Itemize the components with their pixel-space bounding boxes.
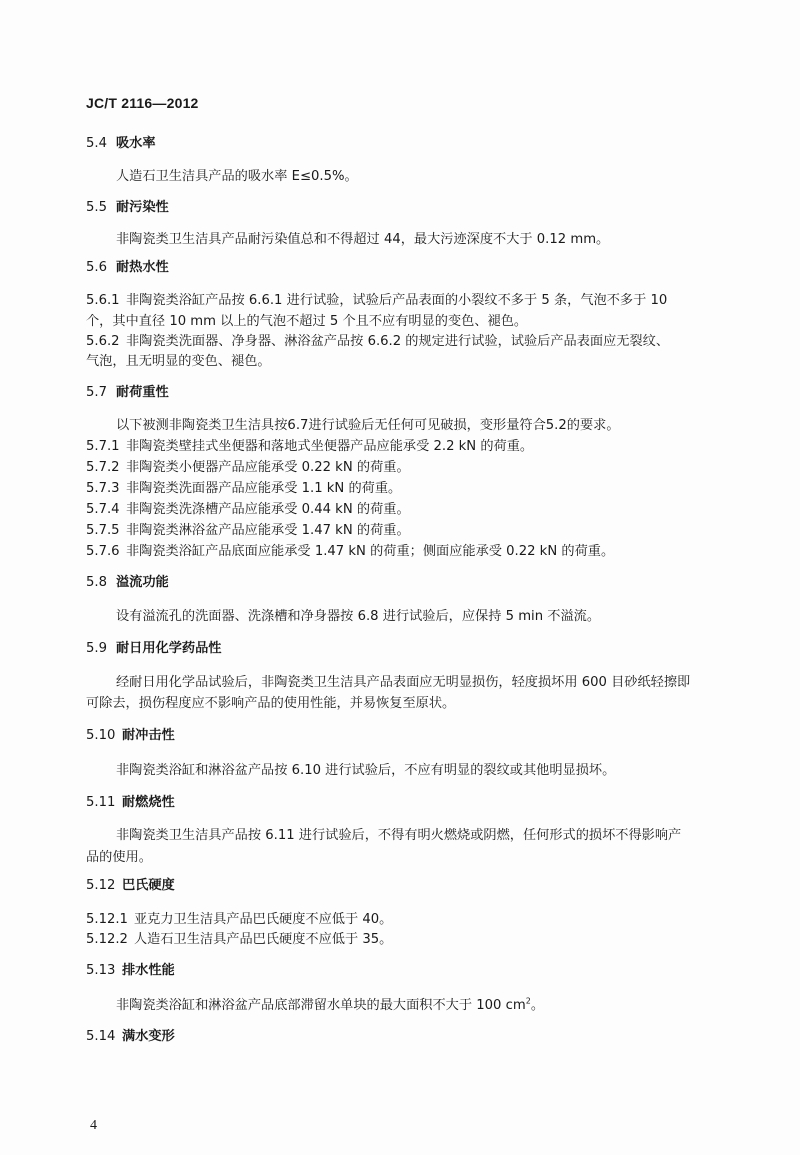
section-heading-5-5: 5.5耐污染性 <box>86 201 169 214</box>
section-number: 5.8 <box>86 576 116 589</box>
clause-number: 5.7.1 <box>86 440 126 453</box>
document-code: JC/T 2116—2012 <box>86 95 199 111</box>
section-heading-5-4: 5.4吸水率 <box>86 137 156 150</box>
section-number: 5.11 <box>86 796 122 809</box>
section-title: 耐冲击性 <box>122 728 175 743</box>
clause-continuation: 个，其中直径 10 mm 以上的气泡不超过 5 个且不应有明显的变色、褪色。 <box>86 315 527 328</box>
clause-5-7-1: 5.7.1非陶瓷类壁挂式坐便器和落地式坐便器产品应能承受 2.2 kN 的荷重。 <box>86 440 533 453</box>
section-number: 5.14 <box>86 1030 122 1043</box>
clause-5-6-1: 5.6.1非陶瓷类浴缸产品按 6.6.1 进行试验，试验后产品表面的小裂纹不多于… <box>86 294 667 307</box>
section-heading-5-8: 5.8溢流功能 <box>86 576 169 589</box>
paragraph: 非陶瓷类卫生洁具产品耐污染值总和不得超过 44，最大污迹深度不大于 0.12 m… <box>116 233 609 246</box>
clause-text: 非陶瓷类洗面器产品应能承受 1.1 kN 的荷重。 <box>126 481 401 496</box>
section-heading-5-13: 5.13排水性能 <box>86 964 175 977</box>
clause-5-12-1: 5.12.1亚克力卫生洁具产品巴氏硬度不应低于 40。 <box>86 913 392 926</box>
section-title: 满水变形 <box>122 1029 175 1044</box>
clause-text: 非陶瓷类浴缸产品底面应能承受 1.47 kN 的荷重；侧面应能承受 0.22 k… <box>126 544 614 559</box>
clause-5-7-2: 5.7.2非陶瓷类小便器产品应能承受 0.22 kN 的荷重。 <box>86 461 410 474</box>
clause-text: 非陶瓷类壁挂式坐便器和落地式坐便器产品应能承受 2.2 kN 的荷重。 <box>126 439 533 454</box>
clause-number: 5.12.1 <box>86 913 134 926</box>
paragraph-continuation: 可除去，损伤程度应不影响产品的使用性能，并易恢复至原状。 <box>86 697 455 710</box>
clause-5-7-3: 5.7.3非陶瓷类洗面器产品应能承受 1.1 kN 的荷重。 <box>86 482 401 495</box>
clause-number: 5.7.6 <box>86 545 126 558</box>
clause-5-6-2: 5.6.2非陶瓷类洗面器、净身器、淋浴盆产品按 6.6.2 的规定进行试验，试验… <box>86 335 669 348</box>
section-heading-5-6: 5.6耐热水性 <box>86 261 169 274</box>
section-number: 5.5 <box>86 201 116 214</box>
section-heading-5-14: 5.14满水变形 <box>86 1030 175 1043</box>
section-title: 耐热水性 <box>116 260 169 275</box>
paragraph: 人造石卫生洁具产品的吸水率 E≤0.5%。 <box>116 170 358 183</box>
section-title: 排水性能 <box>122 963 175 978</box>
clause-number: 5.7.2 <box>86 461 126 474</box>
clause-number: 5.7.5 <box>86 524 126 537</box>
paragraph: 经耐日用化学品试验后，非陶瓷类卫生洁具产品表面应无明显损伤，轻度损坏用 600 … <box>116 676 690 689</box>
page-number: 4 <box>90 1118 97 1134</box>
section-heading-5-9: 5.9耐日用化学药品性 <box>86 642 222 655</box>
paragraph: 非陶瓷类浴缸和淋浴盆产品按 6.10 进行试验后，不应有明显的裂纹或其他明显损坏… <box>116 764 615 777</box>
paragraph-continuation: 品的使用。 <box>86 851 152 864</box>
clause-5-12-2: 5.12.2人造石卫生洁具产品巴氏硬度不应低于 35。 <box>86 933 392 946</box>
paragraph: 非陶瓷类浴缸和淋浴盆产品底部滞留水单块的最大面积不大于 100 cm2。 <box>116 999 544 1012</box>
section-title: 溢流功能 <box>116 575 169 590</box>
paragraph-text: 非陶瓷类浴缸和淋浴盆产品底部滞留水单块的最大面积不大于 100 cm <box>116 998 526 1013</box>
clause-text: 人造石卫生洁具产品巴氏硬度不应低于 35。 <box>134 932 392 947</box>
clause-number: 5.6.1 <box>86 294 126 307</box>
clause-text: 非陶瓷类洗面器、净身器、淋浴盆产品按 6.6.2 的规定进行试验，试验后产品表面… <box>126 334 669 349</box>
section-number: 5.10 <box>86 729 122 742</box>
paragraph-end: 。 <box>531 998 544 1013</box>
section-title: 吸水率 <box>116 136 156 151</box>
section-number: 5.6 <box>86 261 116 274</box>
section-title: 巴氏硬度 <box>122 878 175 893</box>
clause-text: 非陶瓷类小便器产品应能承受 0.22 kN 的荷重。 <box>126 460 410 475</box>
section-title: 耐荷重性 <box>116 385 169 400</box>
clause-text: 亚克力卫生洁具产品巴氏硬度不应低于 40。 <box>134 912 392 927</box>
section-heading-5-12: 5.12巴氏硬度 <box>86 879 175 892</box>
clause-number: 5.12.2 <box>86 933 134 946</box>
clause-number: 5.6.2 <box>86 335 126 348</box>
section-number: 5.9 <box>86 642 116 655</box>
section-number: 5.12 <box>86 879 122 892</box>
section-number: 5.13 <box>86 964 122 977</box>
clause-text: 非陶瓷类洗涤槽产品应能承受 0.44 kN 的荷重。 <box>126 502 410 517</box>
clause-5-7-5: 5.7.5非陶瓷类淋浴盆产品应能承受 1.47 kN 的荷重。 <box>86 524 410 537</box>
paragraph: 以下被测非陶瓷类卫生洁具按6.7进行试验后无任何可见破损，变形量符合5.2的要求… <box>116 419 620 432</box>
paragraph: 非陶瓷类卫生洁具产品按 6.11 进行试验后，不得有明火燃烧或阴燃，任何形式的损… <box>116 829 681 842</box>
section-title: 耐污染性 <box>116 200 169 215</box>
document-page: JC/T 2116—2012 5.4吸水率 人造石卫生洁具产品的吸水率 E≤0.… <box>0 0 800 1155</box>
clause-5-7-6: 5.7.6非陶瓷类浴缸产品底面应能承受 1.47 kN 的荷重；侧面应能承受 0… <box>86 545 614 558</box>
clause-number: 5.7.4 <box>86 503 126 516</box>
section-title: 耐日用化学药品性 <box>116 641 222 656</box>
clause-number: 5.7.3 <box>86 482 126 495</box>
clause-text: 非陶瓷类淋浴盆产品应能承受 1.47 kN 的荷重。 <box>126 523 410 538</box>
section-heading-5-7: 5.7耐荷重性 <box>86 386 169 399</box>
section-heading-5-10: 5.10耐冲击性 <box>86 729 175 742</box>
clause-5-7-4: 5.7.4非陶瓷类洗涤槽产品应能承受 0.44 kN 的荷重。 <box>86 503 410 516</box>
clause-continuation: 气泡，且无明显的变色、褪色。 <box>86 355 271 368</box>
paragraph: 设有溢流孔的洗面器、洗涤槽和净身器按 6.8 进行试验后，应保持 5 min 不… <box>116 610 600 623</box>
section-title: 耐燃烧性 <box>122 795 175 810</box>
clause-text: 非陶瓷类浴缸产品按 6.6.1 进行试验，试验后产品表面的小裂纹不多于 5 条，… <box>126 293 667 308</box>
section-heading-5-11: 5.11耐燃烧性 <box>86 796 175 809</box>
section-number: 5.7 <box>86 386 116 399</box>
section-number: 5.4 <box>86 137 116 150</box>
